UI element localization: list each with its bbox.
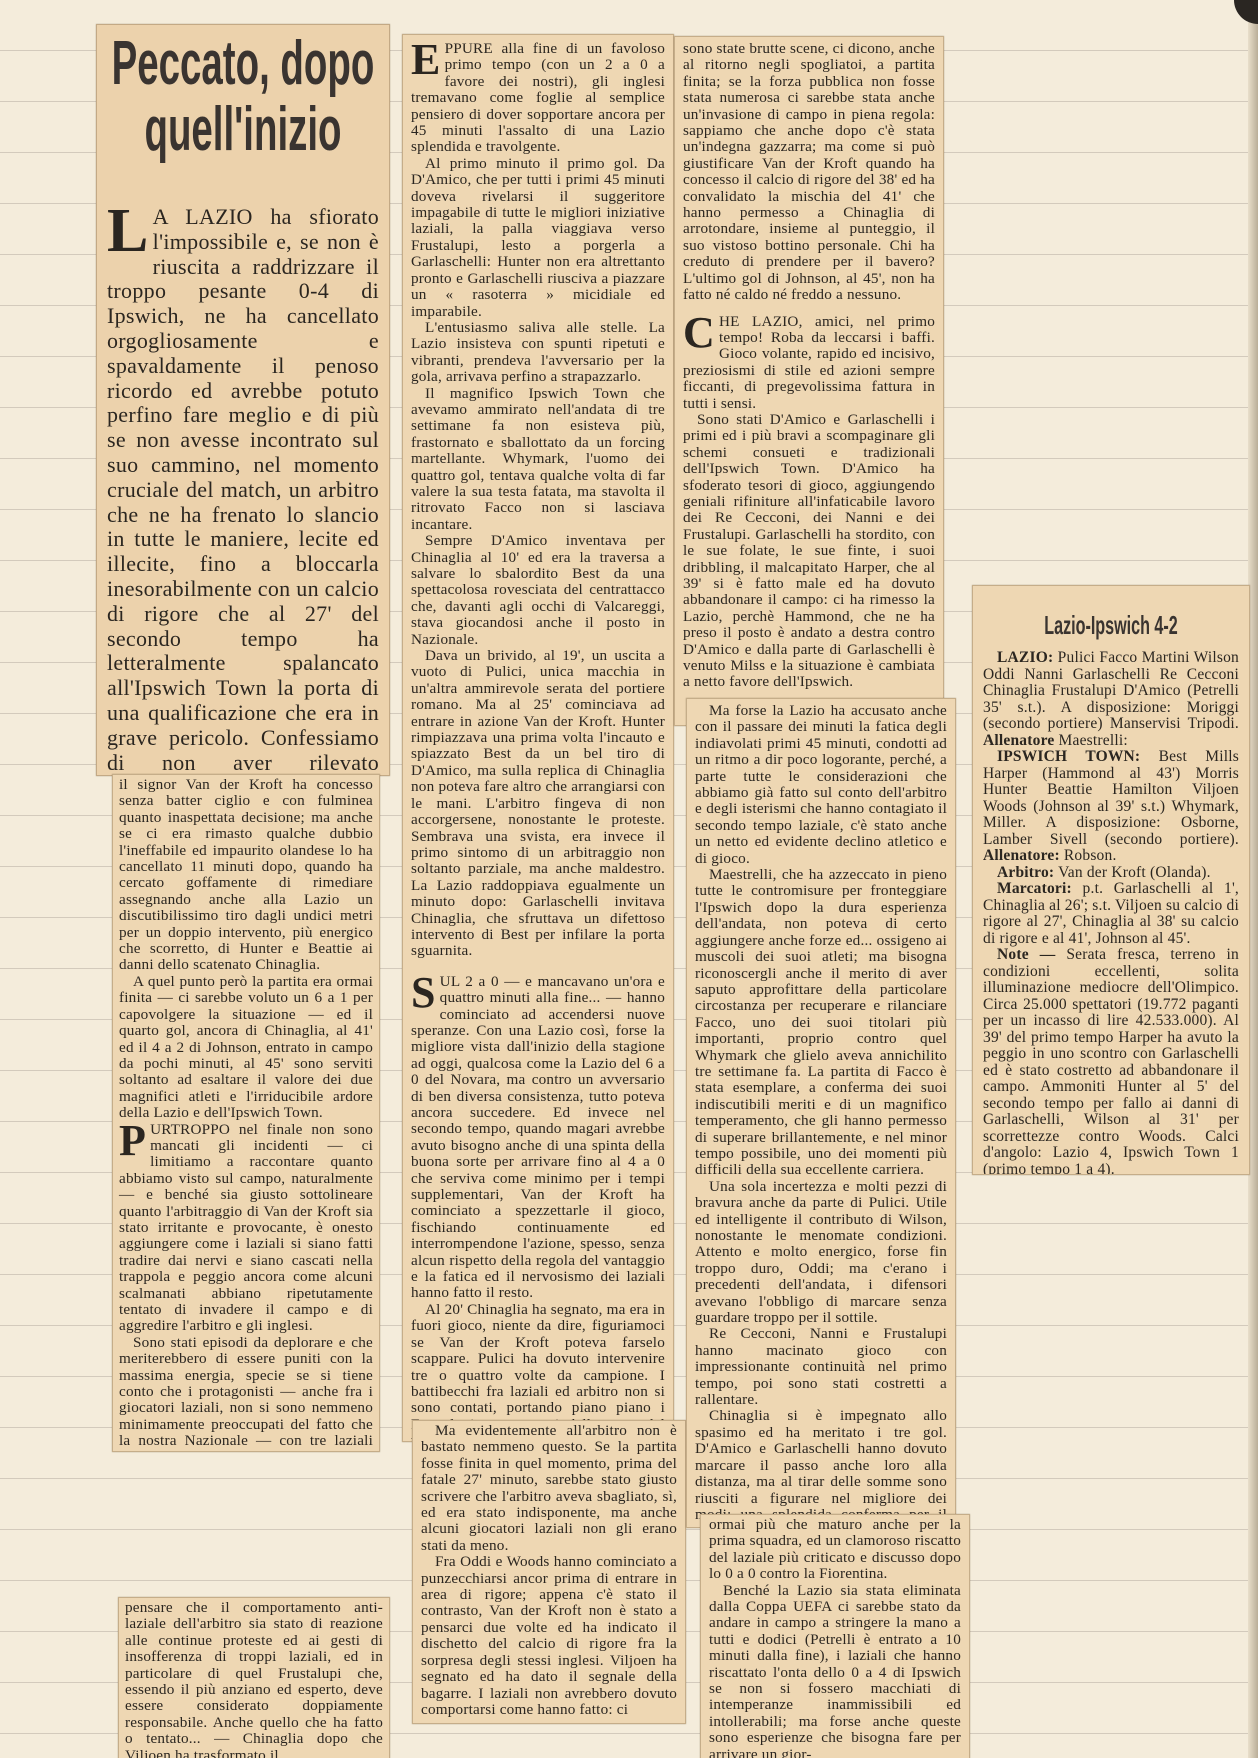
clipping-col3-mid: Ma forse la Lazio ha accusato anche con … (686, 698, 956, 1528)
paragraph: Dava un brivido, al 19', un uscita a vuo… (411, 648, 665, 960)
paragraph: Ma forse la Lazio ha accusato anche con … (695, 703, 947, 867)
paragraph-purtroppo: PURTROPPO nel finale non sono mancati gl… (119, 1122, 373, 1335)
paragraph: Benché la Lazio sia stata eliminata dall… (709, 1583, 961, 1758)
paragraph: il signor Van der Kroft ha concesso senz… (119, 777, 373, 974)
paragraph: Una sola incertezza e molti pezzi di bra… (695, 1179, 947, 1327)
scorebox-title: Lazio-Ipswich 4-2 (1007, 610, 1215, 640)
paragraph-eppure: EPPURE alla fine di un favoloso primo te… (411, 41, 665, 156)
paragraph: Chinaglia si è impegnato allo spasimo ed… (695, 1408, 947, 1528)
paragraph: Fra Oddi e Woods hanno cominciato a punz… (421, 1554, 677, 1718)
notebook-page: Peccato, dopo quell'inizio LA LAZIO ha s… (0, 0, 1258, 1758)
paragraph: Sono stati D'Amico e Garlaschelli i prim… (683, 412, 935, 691)
paragraph: Sempre D'Amico inventava per Chinaglia a… (411, 533, 665, 648)
referee: Arbitro: Van der Kroft (Olanda). (983, 865, 1239, 882)
scorebox-clipping: Lazio-Ipswich 4-2 LAZIO: Pulici Facco Ma… (972, 585, 1250, 1175)
clipping-headline-lead: Peccato, dopo quell'inizio LA LAZIO ha s… (96, 24, 390, 776)
clipping-col3-bottom: ormai più che maturo anche per la prima … (700, 1514, 970, 1758)
clipping-col2: EPPURE alla fine di un favoloso primo te… (402, 34, 674, 1442)
paragraph: Sono stati episodi da deplorare e che me… (119, 1335, 373, 1452)
paragraph: pensare che il comportamento anti-lazial… (125, 1600, 383, 1758)
paragraph-sul: SUL 2 a 0 — e mancavano un'ora e quattro… (411, 974, 665, 1302)
match-notes: Note — Serata fresca, terreno in condizi… (983, 947, 1239, 1175)
clipping-col1-lower: il signor Van der Kroft ha concesso senz… (112, 774, 380, 1452)
headline: Peccato, dopo quell'inizio (109, 31, 377, 163)
scorers: Marcatori: p.t. Garlaschelli al 1', Chin… (983, 881, 1239, 947)
paragraph: A quel punto però la partita era ormai f… (119, 974, 373, 1122)
lead-paragraph: LA LAZIO ha sfiorato l'impossibile e, se… (107, 205, 379, 776)
paragraph: Maestrelli, che ha azzeccato in pieno tu… (695, 867, 947, 1179)
paragraph: Il magnifico Ipswich Town che avevamo am… (411, 386, 665, 534)
clipping-col1-bottom: pensare che il comportamento anti-lazial… (118, 1597, 390, 1758)
paragraph: Al primo minuto il primo gol. Da D'Amico… (411, 156, 665, 320)
clipping-col2-bottom: Ma evidentemente all'arbitro non è basta… (412, 1420, 686, 1724)
paragraph: sono state brutte scene, ci dicono, anch… (683, 41, 935, 304)
paragraph: Re Cecconi, Nanni e Frustalupi hanno mac… (695, 1326, 947, 1408)
page-corner (1234, 0, 1258, 24)
paragraph: L'entusiasmo saliva alle stelle. La Lazi… (411, 320, 665, 386)
paragraph: Ma evidentemente all'arbitro non è basta… (421, 1423, 677, 1554)
paragraph: ormai più che maturo anche per la prima … (709, 1517, 961, 1583)
paragraph-che: CHE LAZIO, amici, nel primo tempo! Roba … (683, 314, 935, 412)
lazio-lineup: LAZIO: Pulici Facco Martini Wilson Oddi … (983, 650, 1239, 749)
clipping-col3-top: sono state brutte scene, ci dicono, anch… (674, 36, 944, 726)
ipswich-lineup: IPSWICH TOWN: Best Mills Harper (Hammond… (983, 749, 1239, 865)
